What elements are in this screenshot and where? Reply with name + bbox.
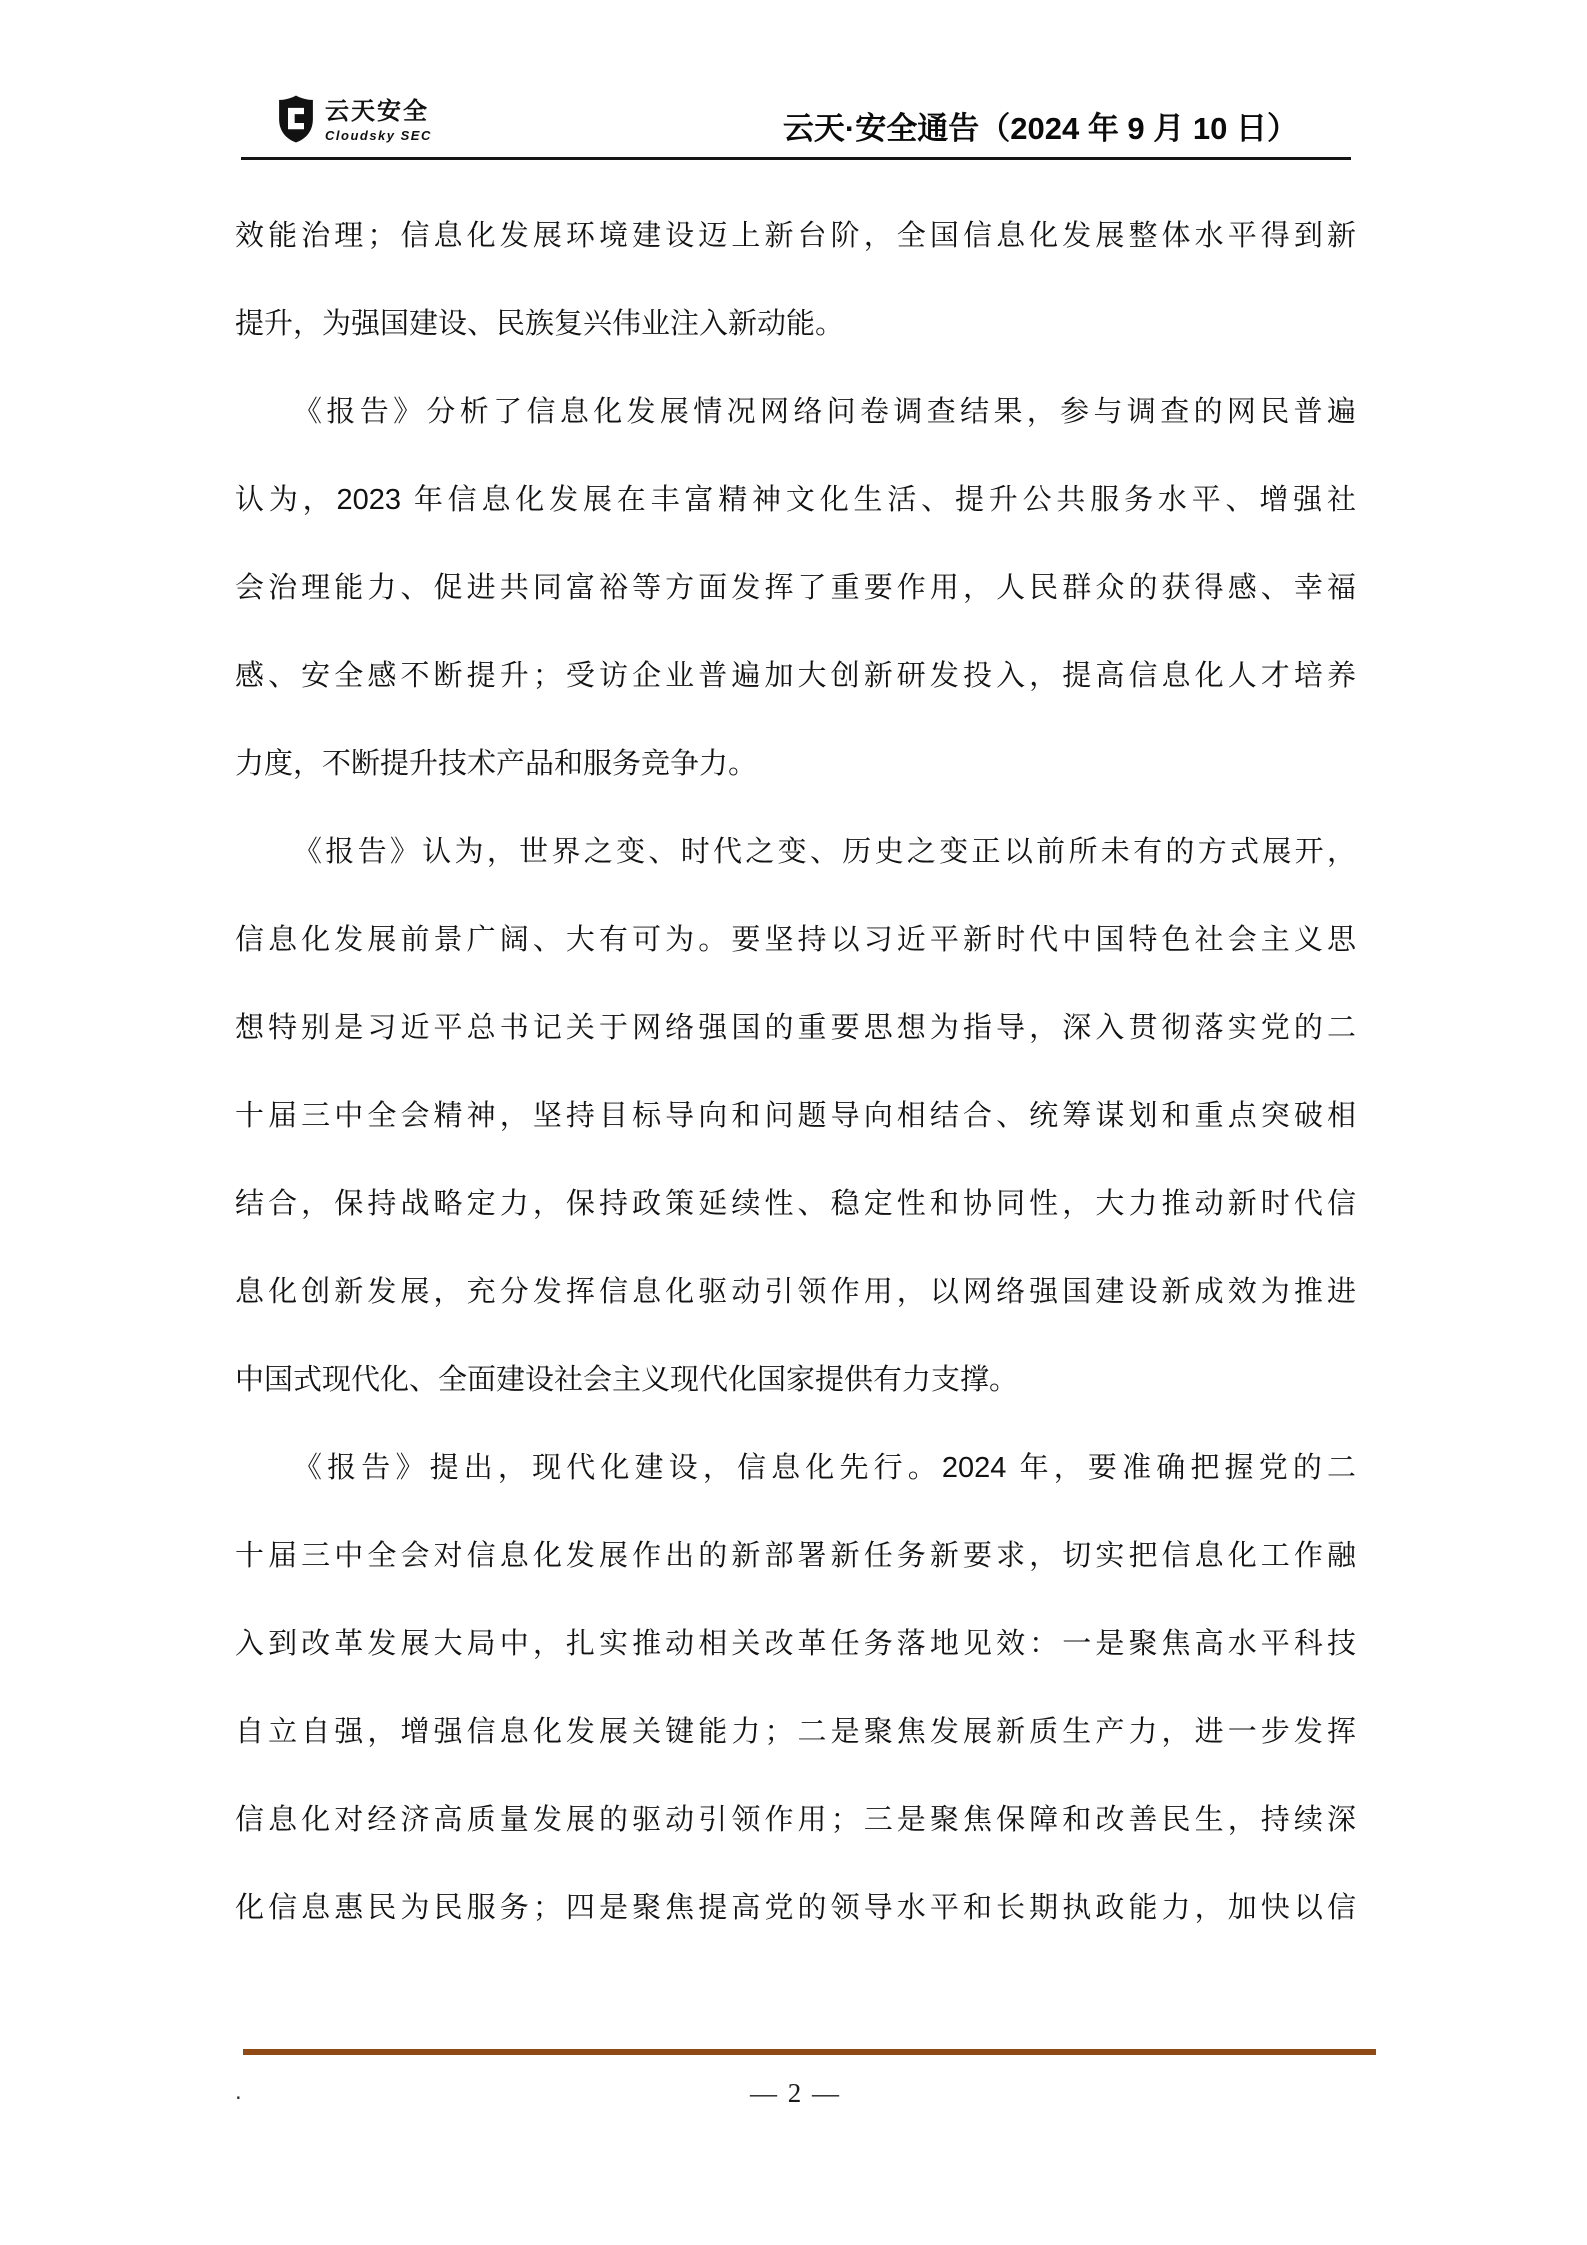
header-rule <box>241 157 1351 160</box>
body-line: 会治理能力、促进共同富裕等方面发挥了重要作用，人民群众的获得感、幸福 <box>235 544 1356 632</box>
body-line: 十届三中全会精神，坚持目标导向和问题导向相结合、统筹谋划和重点突破相 <box>235 1072 1356 1160</box>
body-line: 效能治理；信息化发展环境建设迈上新台阶，全国信息化发展整体水平得到新 <box>235 192 1356 280</box>
document-body: 效能治理；信息化发展环境建设迈上新台阶，全国信息化发展整体水平得到新提升，为强国… <box>235 192 1356 1952</box>
body-line: 信息化对经济高质量发展的驱动引领作用；三是聚焦保障和改善民生，持续深 <box>235 1776 1356 1864</box>
bulletin-title: 云天·安全通告（2024 年 9 月 10 日） <box>783 110 1298 148</box>
body-line: 力度，不断提升技术产品和服务竞争力。 <box>235 720 1356 808</box>
body-line: 十届三中全会对信息化发展作出的新部署新任务新要求，切实把信息化工作融 <box>235 1512 1356 1600</box>
logo-brand-en: Cloudsky SEC <box>325 129 432 142</box>
body-line: 想特别是习近平总书记关于网络强国的重要思想为指导，深入贯彻落实党的二 <box>235 984 1356 1072</box>
page-number: — 2 — <box>235 2078 1356 2109</box>
body-line: 中国式现代化、全面建设社会主义现代化国家提供有力支撑。 <box>235 1336 1356 1424</box>
document-page: 云天安全 Cloudsky SEC 云天·安全通告（2024 年 9 月 10 … <box>0 0 1587 2245</box>
body-line: 提升，为强国建设、民族复兴伟业注入新动能。 <box>235 280 1356 368</box>
footer-rule <box>243 2049 1376 2055</box>
body-line: 入到改革发展大局中，扎实推动相关改革任务落地见效：一是聚焦高水平科技 <box>235 1600 1356 1688</box>
body-line: 《报告》分析了信息化发展情况网络问卷调查结果，参与调查的网民普遍 <box>235 368 1356 456</box>
body-line: 结合，保持战略定力，保持政策延续性、稳定性和协同性，大力推动新时代信 <box>235 1160 1356 1248</box>
shield-c-logo-icon <box>276 94 316 144</box>
body-line: 自立自强，增强信息化发展关键能力；二是聚焦发展新质生产力，进一步发挥 <box>235 1688 1356 1776</box>
body-line: 认为，2023 年信息化发展在丰富精神文化生活、提升公共服务水平、增强社 <box>235 456 1356 544</box>
body-line: 《报告》提出，现代化建设，信息化先行。2024 年，要准确把握党的二 <box>235 1424 1356 1512</box>
body-line: 感、安全感不断提升；受访企业普遍加大创新研发投入，提高信息化人才培养 <box>235 632 1356 720</box>
body-line: 《报告》认为，世界之变、时代之变、历史之变正以前所未有的方式展开， <box>235 808 1356 896</box>
logo-brand-cn: 云天安全 <box>325 100 432 124</box>
body-line: 化信息惠民为民服务；四是聚焦提高党的领导水平和长期执政能力，加快以信 <box>235 1864 1356 1952</box>
logo-text: 云天安全 Cloudsky SEC <box>325 94 432 142</box>
logo: 云天安全 Cloudsky SEC <box>276 94 432 144</box>
body-line: 信息化发展前景广阔、大有可为。要坚持以习近平新时代中国特色社会主义思 <box>235 896 1356 984</box>
body-line: 息化创新发展，充分发挥信息化驱动引领作用，以网络强国建设新成效为推进 <box>235 1248 1356 1336</box>
